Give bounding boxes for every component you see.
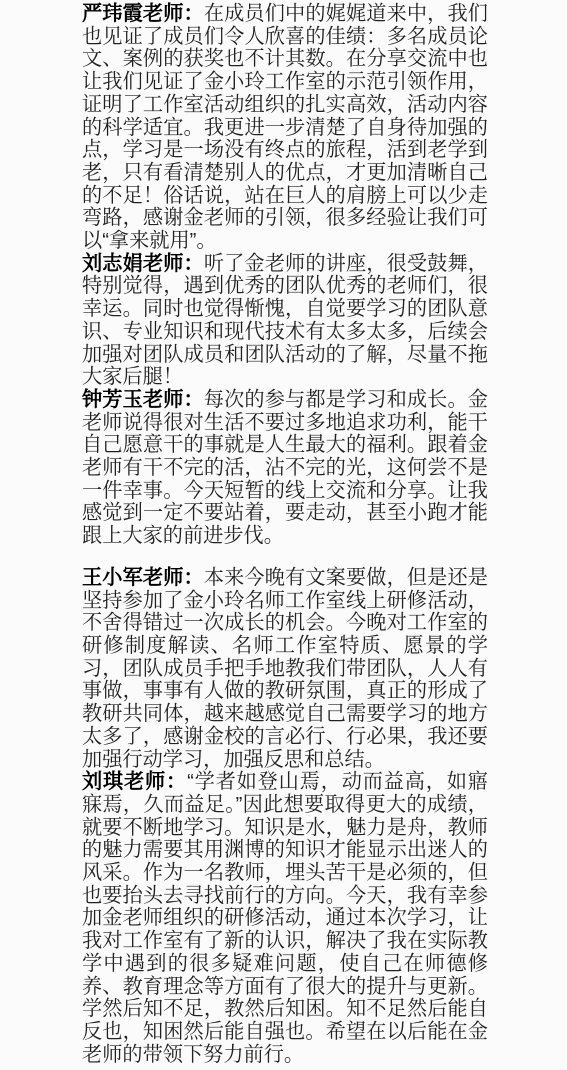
testimonial-paragraph: 钟芳玉老师：每次的参与都是学习和成长。金老师说得很对生活不要过多地追求功利，能干… bbox=[82, 389, 488, 548]
testimonial-text: 本来今晚有文案要做，但是还是坚持参加了金小玲名师工作室线上研修活动，不舍得错过一… bbox=[82, 567, 488, 771]
testimonial-text: “学者如登山焉，动而益高，如寤寐焉，久而益足。”因此想要取得更大的成绩，就要不断… bbox=[82, 771, 488, 1065]
testimonial-paragraph: 刘志娟老师：听了金老师的讲座，很受鼓舞，特别觉得，遇到优秀的团队优秀的老师们，很… bbox=[82, 253, 488, 389]
speaker-name: 王小军老师： bbox=[82, 567, 204, 589]
testimonial-text: 在成员们中的娓娓道来中，我们也见证了成员们令人欣喜的佳绩：多名成员论文、案例的获… bbox=[82, 3, 488, 252]
testimonial-paragraph: 王小军老师：本来今晚有文案要做，但是还是坚持参加了金小玲名师工作室线上研修活动，… bbox=[82, 567, 488, 771]
document-page: 严玮霞老师：在成员们中的娓娓道来中，我们也见证了成员们令人欣喜的佳绩：多名成员论… bbox=[0, 0, 567, 1070]
speaker-name: 刘志娟老师： bbox=[82, 253, 204, 275]
testimonial-paragraph: 刘琪老师：“学者如登山焉，动而益高，如寤寐焉，久而益足。”因此想要取得更大的成绩… bbox=[82, 771, 488, 1066]
testimonials-text-block: 严玮霞老师：在成员们中的娓娓道来中，我们也见证了成员们令人欣喜的佳绩：多名成员论… bbox=[82, 3, 488, 1066]
speaker-name: 钟芳玉老师： bbox=[82, 389, 204, 411]
speaker-name: 严玮霞老师： bbox=[82, 3, 204, 25]
speaker-name: 刘琪老师： bbox=[82, 771, 187, 793]
testimonial-paragraph: 严玮霞老师：在成员们中的娓娓道来中，我们也见证了成员们令人欣喜的佳绩：多名成员论… bbox=[82, 3, 488, 253]
testimonial-text: 每次的参与都是学习和成长。金老师说得很对生活不要过多地追求功利，能干自己愿意干的… bbox=[82, 389, 488, 547]
